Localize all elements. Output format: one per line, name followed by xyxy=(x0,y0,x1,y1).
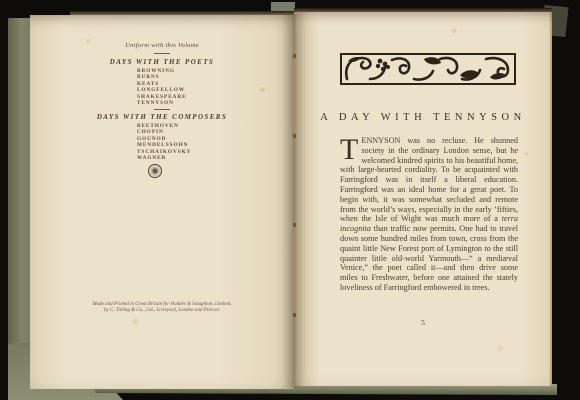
list-item: WAGNER xyxy=(137,155,191,161)
page-number: 5 xyxy=(294,318,552,327)
binding-stitch-thread xyxy=(294,56,295,136)
composers-list: BEETHOVEN CHOPIN GOUNOD MENDELSSOHN TSCH… xyxy=(137,123,191,161)
right-page-content: A DAY WITH TENNYSON TENNYSON was no recl… xyxy=(294,12,552,386)
left-page: Uniform with this Volume DAYS WITH THE P… xyxy=(30,15,294,389)
poets-series-title: DAYS WITH THE POETS xyxy=(30,58,294,66)
drop-cap: T xyxy=(340,136,361,162)
uniform-note: Uniform with this Volume xyxy=(30,42,294,49)
publisher-monogram-icon xyxy=(148,164,162,178)
body-text-1: ENNYSON was no recluse. He shunned socie… xyxy=(340,136,518,223)
binding-stitch-thread xyxy=(294,225,295,315)
foliate-headpiece-ornament-icon xyxy=(340,51,517,88)
body-paragraph: TENNYSON was no recluse. He shunned soci… xyxy=(340,136,518,293)
section-rule xyxy=(154,53,170,54)
chapter-title: A DAY WITH TENNYSON xyxy=(294,112,552,123)
left-page-content: Uniform with this Volume DAYS WITH THE P… xyxy=(30,15,294,389)
poets-list: BROWNING BURNS KEATS LONGFELLOW SHAKESPE… xyxy=(137,68,187,106)
printer-imprint: Made and Printed in Great Britain for Ho… xyxy=(30,302,294,314)
right-page: A DAY WITH TENNYSON TENNYSON was no recl… xyxy=(294,12,552,386)
woodcut-band-icon xyxy=(340,51,517,88)
section-rule xyxy=(154,109,170,110)
printer-imprint-line2: by C. Tinling & Co., Ltd., Liverpool, Lo… xyxy=(30,308,294,314)
list-item: MENDELSSOHN xyxy=(137,142,191,148)
body-text-2: than traffic now permits. One had to tra… xyxy=(340,224,518,292)
list-item: TENNYSON xyxy=(137,100,187,106)
composers-series-title: DAYS WITH THE COMPOSERS xyxy=(30,113,294,121)
book-photo-background: Uniform with this Volume DAYS WITH THE P… xyxy=(0,0,580,400)
list-item: LONGFELLOW xyxy=(137,87,187,93)
